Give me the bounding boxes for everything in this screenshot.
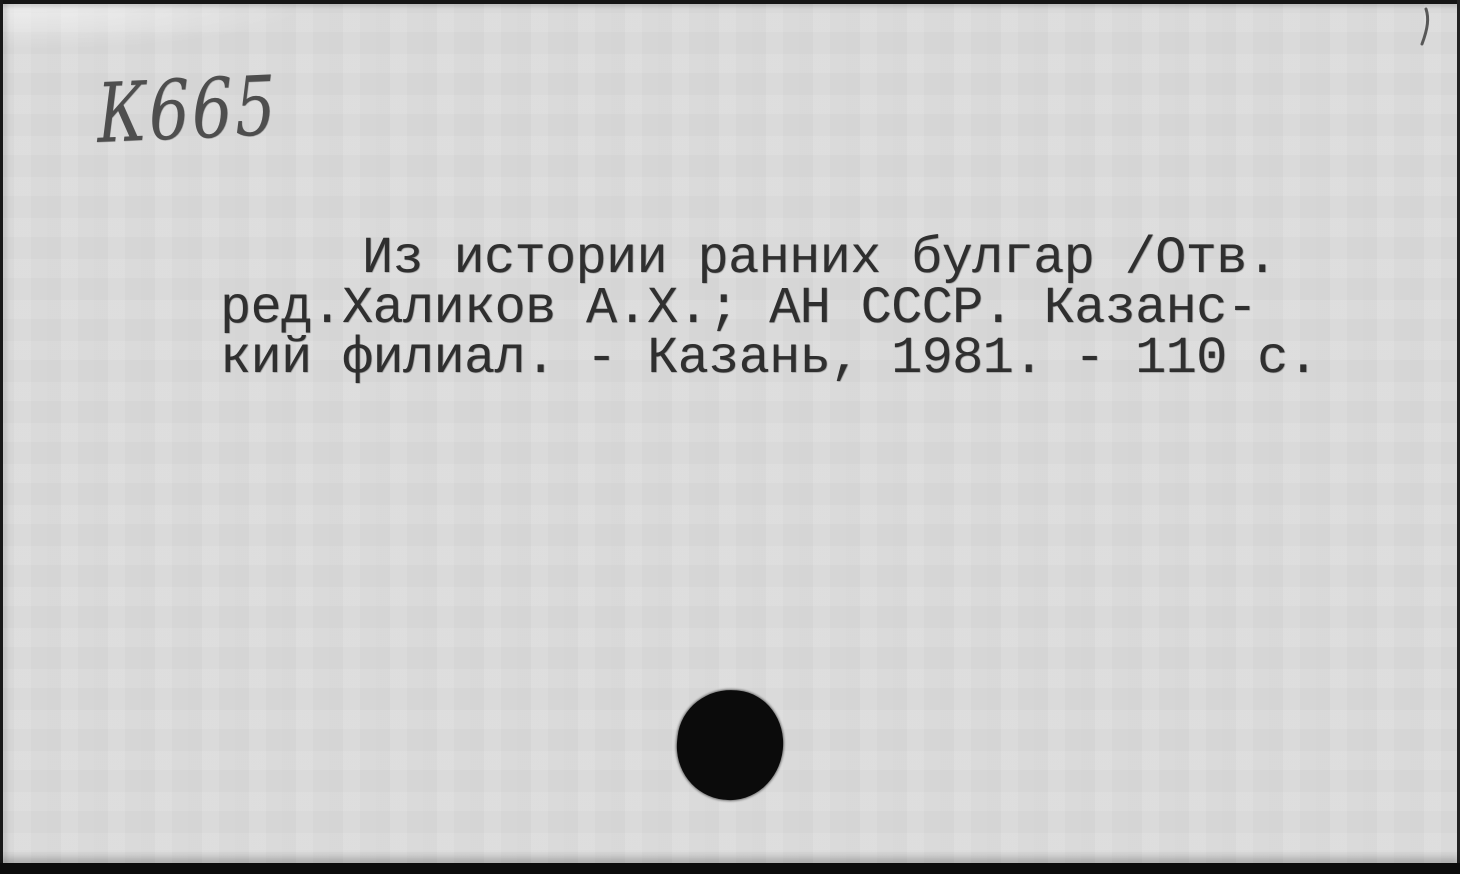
hole-punch-mark <box>672 685 789 805</box>
entry-line-editor: ред.Халиков А.Х.; АН СССР. Казанс- <box>220 284 1360 334</box>
catalog-entry: Из истории ранних булгар /Отв. ред.Халик… <box>220 234 1360 384</box>
call-number: К665 <box>96 66 279 156</box>
catalog-card-scan: К665 Из истории ранних булгар /Отв. ред.… <box>0 0 1460 874</box>
pen-stroke-icon <box>1416 6 1434 48</box>
entry-line-imprint: кий филиал. - Казань, 1981. - 110 с. <box>220 334 1360 384</box>
pen-mark <box>1416 6 1434 53</box>
card-left-edge <box>0 0 3 874</box>
card-top-edge <box>0 0 1460 4</box>
card-bottom-edge <box>0 863 1460 874</box>
entry-line-title: Из истории ранних булгар /Отв. <box>220 234 1360 284</box>
